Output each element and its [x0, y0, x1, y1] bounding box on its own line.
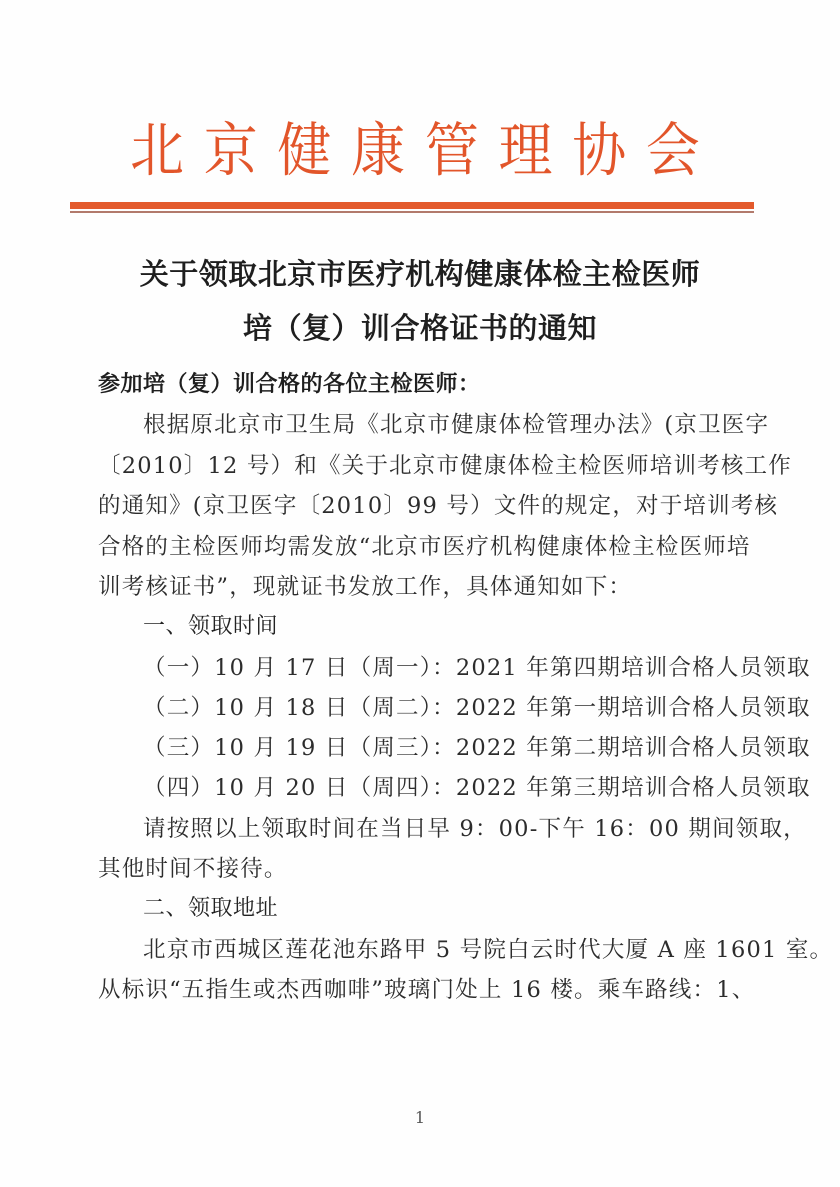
intro-paragraph-line: 合格的主检医师均需发放“北京市医疗机构健康体检主检医师培 — [98, 532, 743, 562]
document-title-line-2: 培（复）训合格证书的通知 — [0, 306, 840, 347]
letterhead-char: 协 — [572, 113, 626, 189]
intro-paragraph-line: 训考核证书”，现就证书发放工作，具体通知如下： — [98, 572, 743, 602]
letterhead-divider-thick — [70, 202, 754, 209]
intro-paragraph-line: 的通知》(京卫医字〔2010〕99 号）文件的规定，对于培训考核 — [98, 491, 743, 521]
section-heading-pickup-time: 一、领取时间 — [143, 612, 788, 642]
salutation: 参加培（复）训合格的各位主检医师： — [98, 370, 743, 400]
address-line: 从标识“五指生或杰西咖啡”玻璃门处上 16 楼。乘车路线：1、 — [98, 975, 738, 1005]
schedule-item: （一）10 月 17 日（周一）：2021 年第四期培训合格人员领取 — [143, 653, 739, 683]
letterhead-char: 京 — [204, 113, 258, 189]
intro-paragraph-line: 根据原北京市卫生局《北京市健康体检管理办法》(京卫医字 — [143, 410, 743, 440]
schedule-item: （四）10 月 20 日（周四）：2022 年第三期培训合格人员领取 — [143, 773, 739, 803]
document-page: 北 京 健 康 管 理 协 会 关于领取北京市医疗机构健康体检主检医师 培（复）… — [0, 0, 840, 1187]
pickup-hours-note: 请按照以上领取时间在当日早 9：00-下午 16：00 期间领取， — [143, 814, 743, 844]
document-title-line-1: 关于领取北京市医疗机构健康体检主检医师 — [0, 252, 840, 293]
intro-paragraph-line: 〔2010〕12 号）和《关于北京市健康体检主检医师培训考核工作 — [98, 451, 743, 481]
letterhead-char: 会 — [646, 113, 700, 189]
schedule-item: （二）10 月 18 日（周二）：2022 年第一期培训合格人员领取 — [143, 693, 739, 723]
letterhead-divider-thin — [70, 211, 754, 213]
address-line: 北京市西城区莲花池东路甲 5 号院白云时代大厦 A 座 1601 室。 — [143, 935, 753, 965]
letterhead-char: 健 — [277, 113, 331, 189]
letterhead-char: 康 — [351, 113, 405, 189]
letterhead: 北 京 健 康 管 理 协 会 — [130, 116, 700, 186]
letterhead-char: 理 — [499, 113, 553, 189]
letterhead-char: 北 — [130, 113, 184, 189]
section-heading-pickup-address: 二、领取地址 — [143, 894, 788, 924]
schedule-item: （三）10 月 19 日（周三）：2022 年第二期培训合格人员领取 — [143, 733, 739, 763]
page-number: 1 — [0, 1108, 840, 1127]
letterhead-char: 管 — [425, 113, 479, 189]
pickup-hours-note: 其他时间不接待。 — [98, 854, 743, 884]
